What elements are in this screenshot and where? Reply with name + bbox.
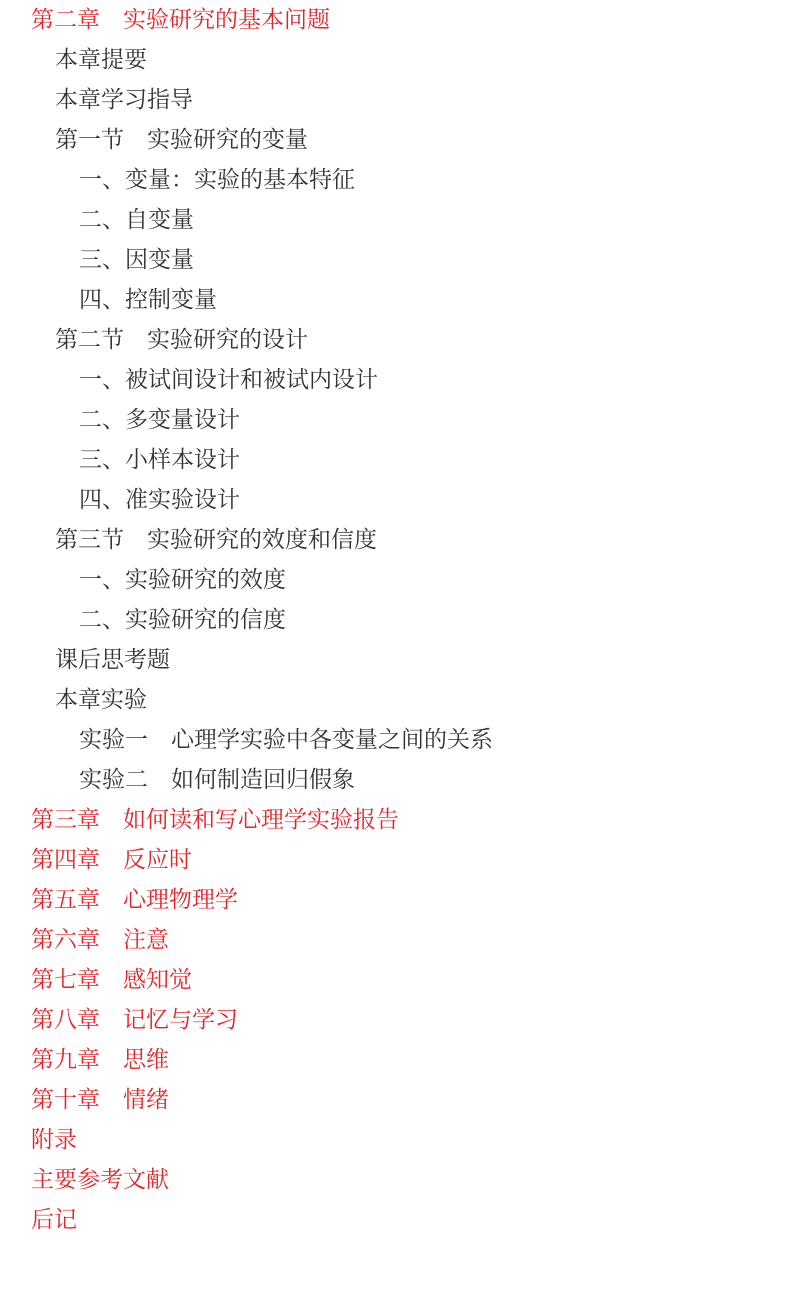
toc-section-3[interactable]: 第三节 实验研究的效度和信度: [0, 520, 790, 560]
toc-link[interactable]: 第八章 记忆与学习: [31, 1007, 238, 1033]
toc-link[interactable]: 三、因变量: [79, 247, 194, 273]
toc-subsection[interactable]: 一、变量：实验的基本特征: [0, 160, 790, 200]
toc-subsection[interactable]: 四、准实验设计: [0, 480, 790, 520]
toc-subsection[interactable]: 四、控制变量: [0, 280, 790, 320]
toc-link[interactable]: 第二章 实验研究的基本问题: [31, 7, 330, 33]
toc-subsection[interactable]: 二、多变量设计: [0, 400, 790, 440]
toc-link[interactable]: 第七章 感知觉: [31, 967, 192, 993]
toc-subsection[interactable]: 二、自变量: [0, 200, 790, 240]
toc-link[interactable]: 二、实验研究的信度: [79, 607, 286, 633]
toc-link[interactable]: 实验二 如何制造回归假象: [79, 767, 355, 793]
toc-link[interactable]: 第五章 心理物理学: [31, 887, 238, 913]
toc-link[interactable]: 第十章 情绪: [31, 1087, 169, 1113]
toc-link[interactable]: 第三章 如何读和写心理学实验报告: [31, 807, 399, 833]
toc-chapter-8[interactable]: 第八章 记忆与学习: [0, 1000, 790, 1040]
toc-link[interactable]: 主要参考文献: [31, 1167, 169, 1193]
toc-chapter-6[interactable]: 第六章 注意: [0, 920, 790, 960]
toc-appendix[interactable]: 附录: [0, 1120, 790, 1160]
toc-link[interactable]: 一、实验研究的效度: [79, 567, 286, 593]
toc-subsection[interactable]: 三、小样本设计: [0, 440, 790, 480]
toc-link[interactable]: 第九章 思维: [31, 1047, 169, 1073]
table-of-contents: 第二章 实验研究的基本问题 本章提要 本章学习指导 第一节 实验研究的变量 一、…: [0, 0, 790, 1240]
toc-references[interactable]: 主要参考文献: [0, 1160, 790, 1200]
toc-review-questions[interactable]: 课后思考题: [0, 640, 790, 680]
toc-chapter-experiments[interactable]: 本章实验: [0, 680, 790, 720]
toc-chapter-9[interactable]: 第九章 思维: [0, 1040, 790, 1080]
toc-subsection[interactable]: 二、实验研究的信度: [0, 600, 790, 640]
toc-link[interactable]: 第六章 注意: [31, 927, 169, 953]
toc-study-guide[interactable]: 本章学习指导: [0, 80, 790, 120]
toc-link[interactable]: 第一节 实验研究的变量: [55, 127, 308, 153]
toc-afterword[interactable]: 后记: [0, 1200, 790, 1240]
toc-link[interactable]: 二、多变量设计: [79, 407, 240, 433]
toc-link[interactable]: 本章提要: [55, 47, 147, 73]
toc-link[interactable]: 四、准实验设计: [79, 487, 240, 513]
toc-chapter-summary[interactable]: 本章提要: [0, 40, 790, 80]
toc-link[interactable]: 实验一 心理学实验中各变量之间的关系: [79, 727, 493, 753]
toc-experiment-1[interactable]: 实验一 心理学实验中各变量之间的关系: [0, 720, 790, 760]
toc-link[interactable]: 附录: [31, 1127, 77, 1153]
toc-subsection[interactable]: 三、因变量: [0, 240, 790, 280]
toc-link[interactable]: 第四章 反应时: [31, 847, 192, 873]
toc-link[interactable]: 三、小样本设计: [79, 447, 240, 473]
toc-link[interactable]: 本章学习指导: [55, 87, 193, 113]
toc-chapter-5[interactable]: 第五章 心理物理学: [0, 880, 790, 920]
toc-chapter-3[interactable]: 第三章 如何读和写心理学实验报告: [0, 800, 790, 840]
toc-chapter-10[interactable]: 第十章 情绪: [0, 1080, 790, 1120]
toc-link[interactable]: 四、控制变量: [79, 287, 217, 313]
toc-link[interactable]: 二、自变量: [79, 207, 194, 233]
toc-link[interactable]: 一、变量：实验的基本特征: [79, 167, 355, 193]
toc-section-2[interactable]: 第二节 实验研究的设计: [0, 320, 790, 360]
toc-chapter-2[interactable]: 第二章 实验研究的基本问题: [0, 0, 790, 40]
toc-chapter-7[interactable]: 第七章 感知觉: [0, 960, 790, 1000]
toc-subsection[interactable]: 一、被试间设计和被试内设计: [0, 360, 790, 400]
toc-experiment-2[interactable]: 实验二 如何制造回归假象: [0, 760, 790, 800]
toc-link[interactable]: 一、被试间设计和被试内设计: [79, 367, 378, 393]
toc-chapter-4[interactable]: 第四章 反应时: [0, 840, 790, 880]
toc-link[interactable]: 后记: [31, 1207, 77, 1233]
toc-subsection[interactable]: 一、实验研究的效度: [0, 560, 790, 600]
toc-link[interactable]: 第二节 实验研究的设计: [55, 327, 308, 353]
toc-link[interactable]: 第三节 实验研究的效度和信度: [55, 527, 377, 553]
toc-section-1[interactable]: 第一节 实验研究的变量: [0, 120, 790, 160]
toc-link[interactable]: 课后思考题: [55, 647, 170, 673]
toc-link[interactable]: 本章实验: [55, 687, 147, 713]
